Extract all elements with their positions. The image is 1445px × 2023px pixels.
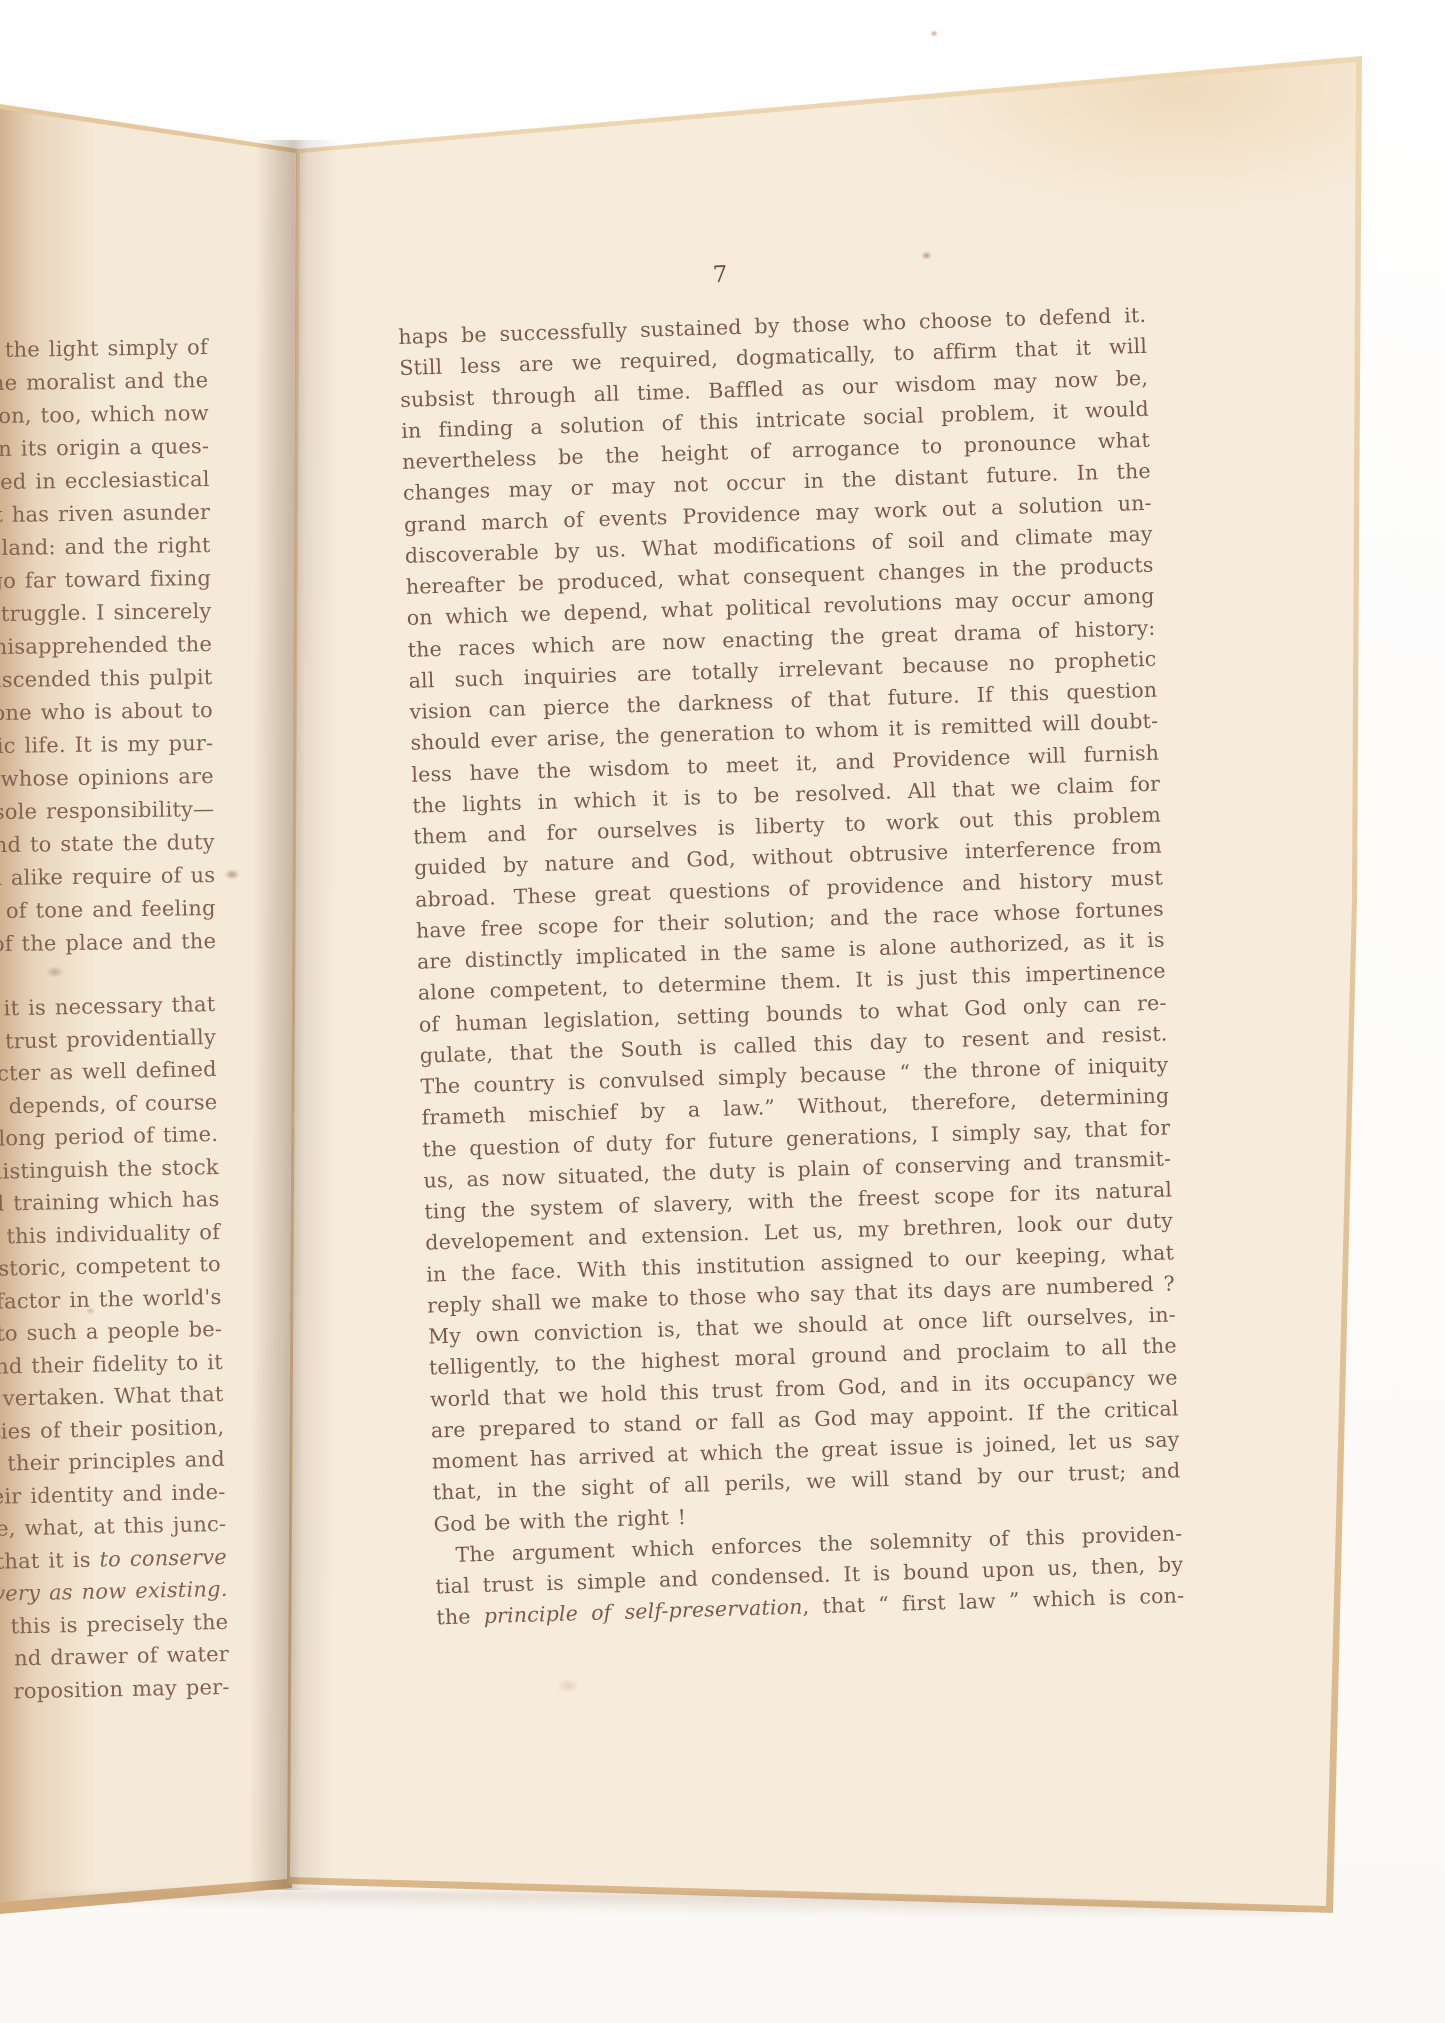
stain [921, 251, 932, 260]
left-page-text-block-1: uty in the light simply ofs to the moral… [0, 331, 216, 967]
page-number: 7 [700, 261, 741, 288]
speck [86, 1307, 95, 1315]
ink-blot [224, 869, 240, 880]
right-page-text: haps be successfully sustained by those … [398, 300, 1185, 1634]
book-photo: uty in the light simply ofs to the moral… [0, 0, 1445, 2023]
left-page-text-block-2: ncy it is necessary thatne trust provide… [0, 988, 230, 1716]
foxing-spot [1083, 1371, 1096, 1383]
stain [930, 30, 938, 37]
smudge [46, 966, 64, 978]
faint-stain [556, 1678, 580, 1694]
book-gutter-shadow [249, 140, 339, 1890]
